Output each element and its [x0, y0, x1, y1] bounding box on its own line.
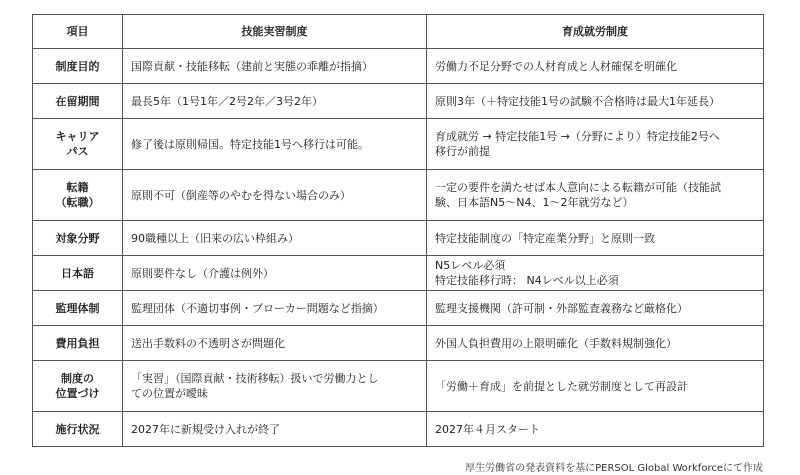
- table-row: 費用負担送出手数料の不透明さが問題化外国人負担費用の上限明確化（手数料規制強化）: [33, 326, 764, 361]
- table-row: 日本語原則要件なし（介護は例外）N5レベル必須 特定技能移行時： N4レベル以上…: [33, 256, 764, 291]
- table-row: 制度目的国際貢献・技能移転（建前と実態の乖離が指摘）労働力不足分野での人材育成と…: [33, 49, 764, 84]
- row-item-label: 日本語: [33, 256, 123, 291]
- table-row: キャリア パス修了後は原則帰国。特定技能1号へ移行は可能。育成就労 → 特定技能…: [33, 119, 764, 170]
- ikusei-shuro-cell: 育成就労 → 特定技能1号 →（分野により）特定技能2号へ 移行が前提: [427, 119, 764, 170]
- technical-intern-cell: 国際貢献・技能移転（建前と実態の乖離が指摘）: [123, 49, 427, 84]
- header-technical-intern: 技能実習制度: [123, 15, 427, 49]
- row-item-label: 費用負担: [33, 326, 123, 361]
- ikusei-shuro-cell: 特定技能制度の「特定産業分野」と原則一致: [427, 221, 764, 256]
- comparison-table: 項目 技能実習制度 育成就労制度 制度目的国際貢献・技能移転（建前と実態の乖離が…: [32, 14, 764, 447]
- technical-intern-cell: 監理団体（不適切事例・ブローカー問題など指摘）: [123, 291, 427, 326]
- source-note: 厚生労働省の発表資料を基にPERSOL Global Workforceにて作成: [465, 459, 763, 474]
- technical-intern-cell: 「実習」（国際貢献・技術移転）扱いで労働力とし ての位置が曖昧: [123, 361, 427, 412]
- ikusei-shuro-cell: 原則3年（＋特定技能1号の試験不合格時は最大1年延長）: [427, 84, 764, 119]
- ikusei-shuro-cell: N5レベル必須 特定技能移行時： N4レベル以上必須: [427, 256, 764, 291]
- ikusei-shuro-cell: 監理支援機関（許可制・外部監査義務など厳格化）: [427, 291, 764, 326]
- technical-intern-cell: 2027年に新規受け入れが終了: [123, 412, 427, 447]
- technical-intern-cell: 原則不可（倒産等のやむを得ない場合のみ）: [123, 170, 427, 221]
- table-row: 制度の 位置づけ「実習」（国際貢献・技術移転）扱いで労働力とし ての位置が曖昧「…: [33, 361, 764, 412]
- row-item-label: 在留期間: [33, 84, 123, 119]
- table-row: 施行状況2027年に新規受け入れが終了2027年４月スタート: [33, 412, 764, 447]
- table-row: 対象分野90職種以上（旧来の広い枠組み）特定技能制度の「特定産業分野」と原則一致: [33, 221, 764, 256]
- technical-intern-cell: 送出手数料の不透明さが問題化: [123, 326, 427, 361]
- ikusei-shuro-cell: 労働力不足分野での人材育成と人材確保を明確化: [427, 49, 764, 84]
- ikusei-shuro-cell: 一定の要件を満たせば本人意向による転籍が可能（技能試 験、日本語N5〜N4、1〜…: [427, 170, 764, 221]
- technical-intern-cell: 修了後は原則帰国。特定技能1号へ移行は可能。: [123, 119, 427, 170]
- ikusei-shuro-cell: 2027年４月スタート: [427, 412, 764, 447]
- header-item: 項目: [33, 15, 123, 49]
- row-item-label: 施行状況: [33, 412, 123, 447]
- row-item-label: 制度目的: [33, 49, 123, 84]
- header-ikusei-shuro: 育成就労制度: [427, 15, 764, 49]
- table-row: 在留期間最長5年（1号1年／2号2年／3号2年）原則3年（＋特定技能1号の試験不…: [33, 84, 764, 119]
- row-item-label: 転籍 （転職）: [33, 170, 123, 221]
- row-item-label: 対象分野: [33, 221, 123, 256]
- table-row: 転籍 （転職）原則不可（倒産等のやむを得ない場合のみ）一定の要件を満たせば本人意…: [33, 170, 764, 221]
- ikusei-shuro-cell: 外国人負担費用の上限明確化（手数料規制強化）: [427, 326, 764, 361]
- technical-intern-cell: 最長5年（1号1年／2号2年／3号2年）: [123, 84, 427, 119]
- row-item-label: 監理体制: [33, 291, 123, 326]
- table-row: 監理体制監理団体（不適切事例・ブローカー問題など指摘）監理支援機関（許可制・外部…: [33, 291, 764, 326]
- technical-intern-cell: 90職種以上（旧来の広い枠組み）: [123, 221, 427, 256]
- row-item-label: 制度の 位置づけ: [33, 361, 123, 412]
- row-item-label: キャリア パス: [33, 119, 123, 170]
- ikusei-shuro-cell: 「労働＋育成」を前提とした就労制度として再設計: [427, 361, 764, 412]
- header-row: 項目 技能実習制度 育成就労制度: [33, 15, 764, 49]
- technical-intern-cell: 原則要件なし（介護は例外）: [123, 256, 427, 291]
